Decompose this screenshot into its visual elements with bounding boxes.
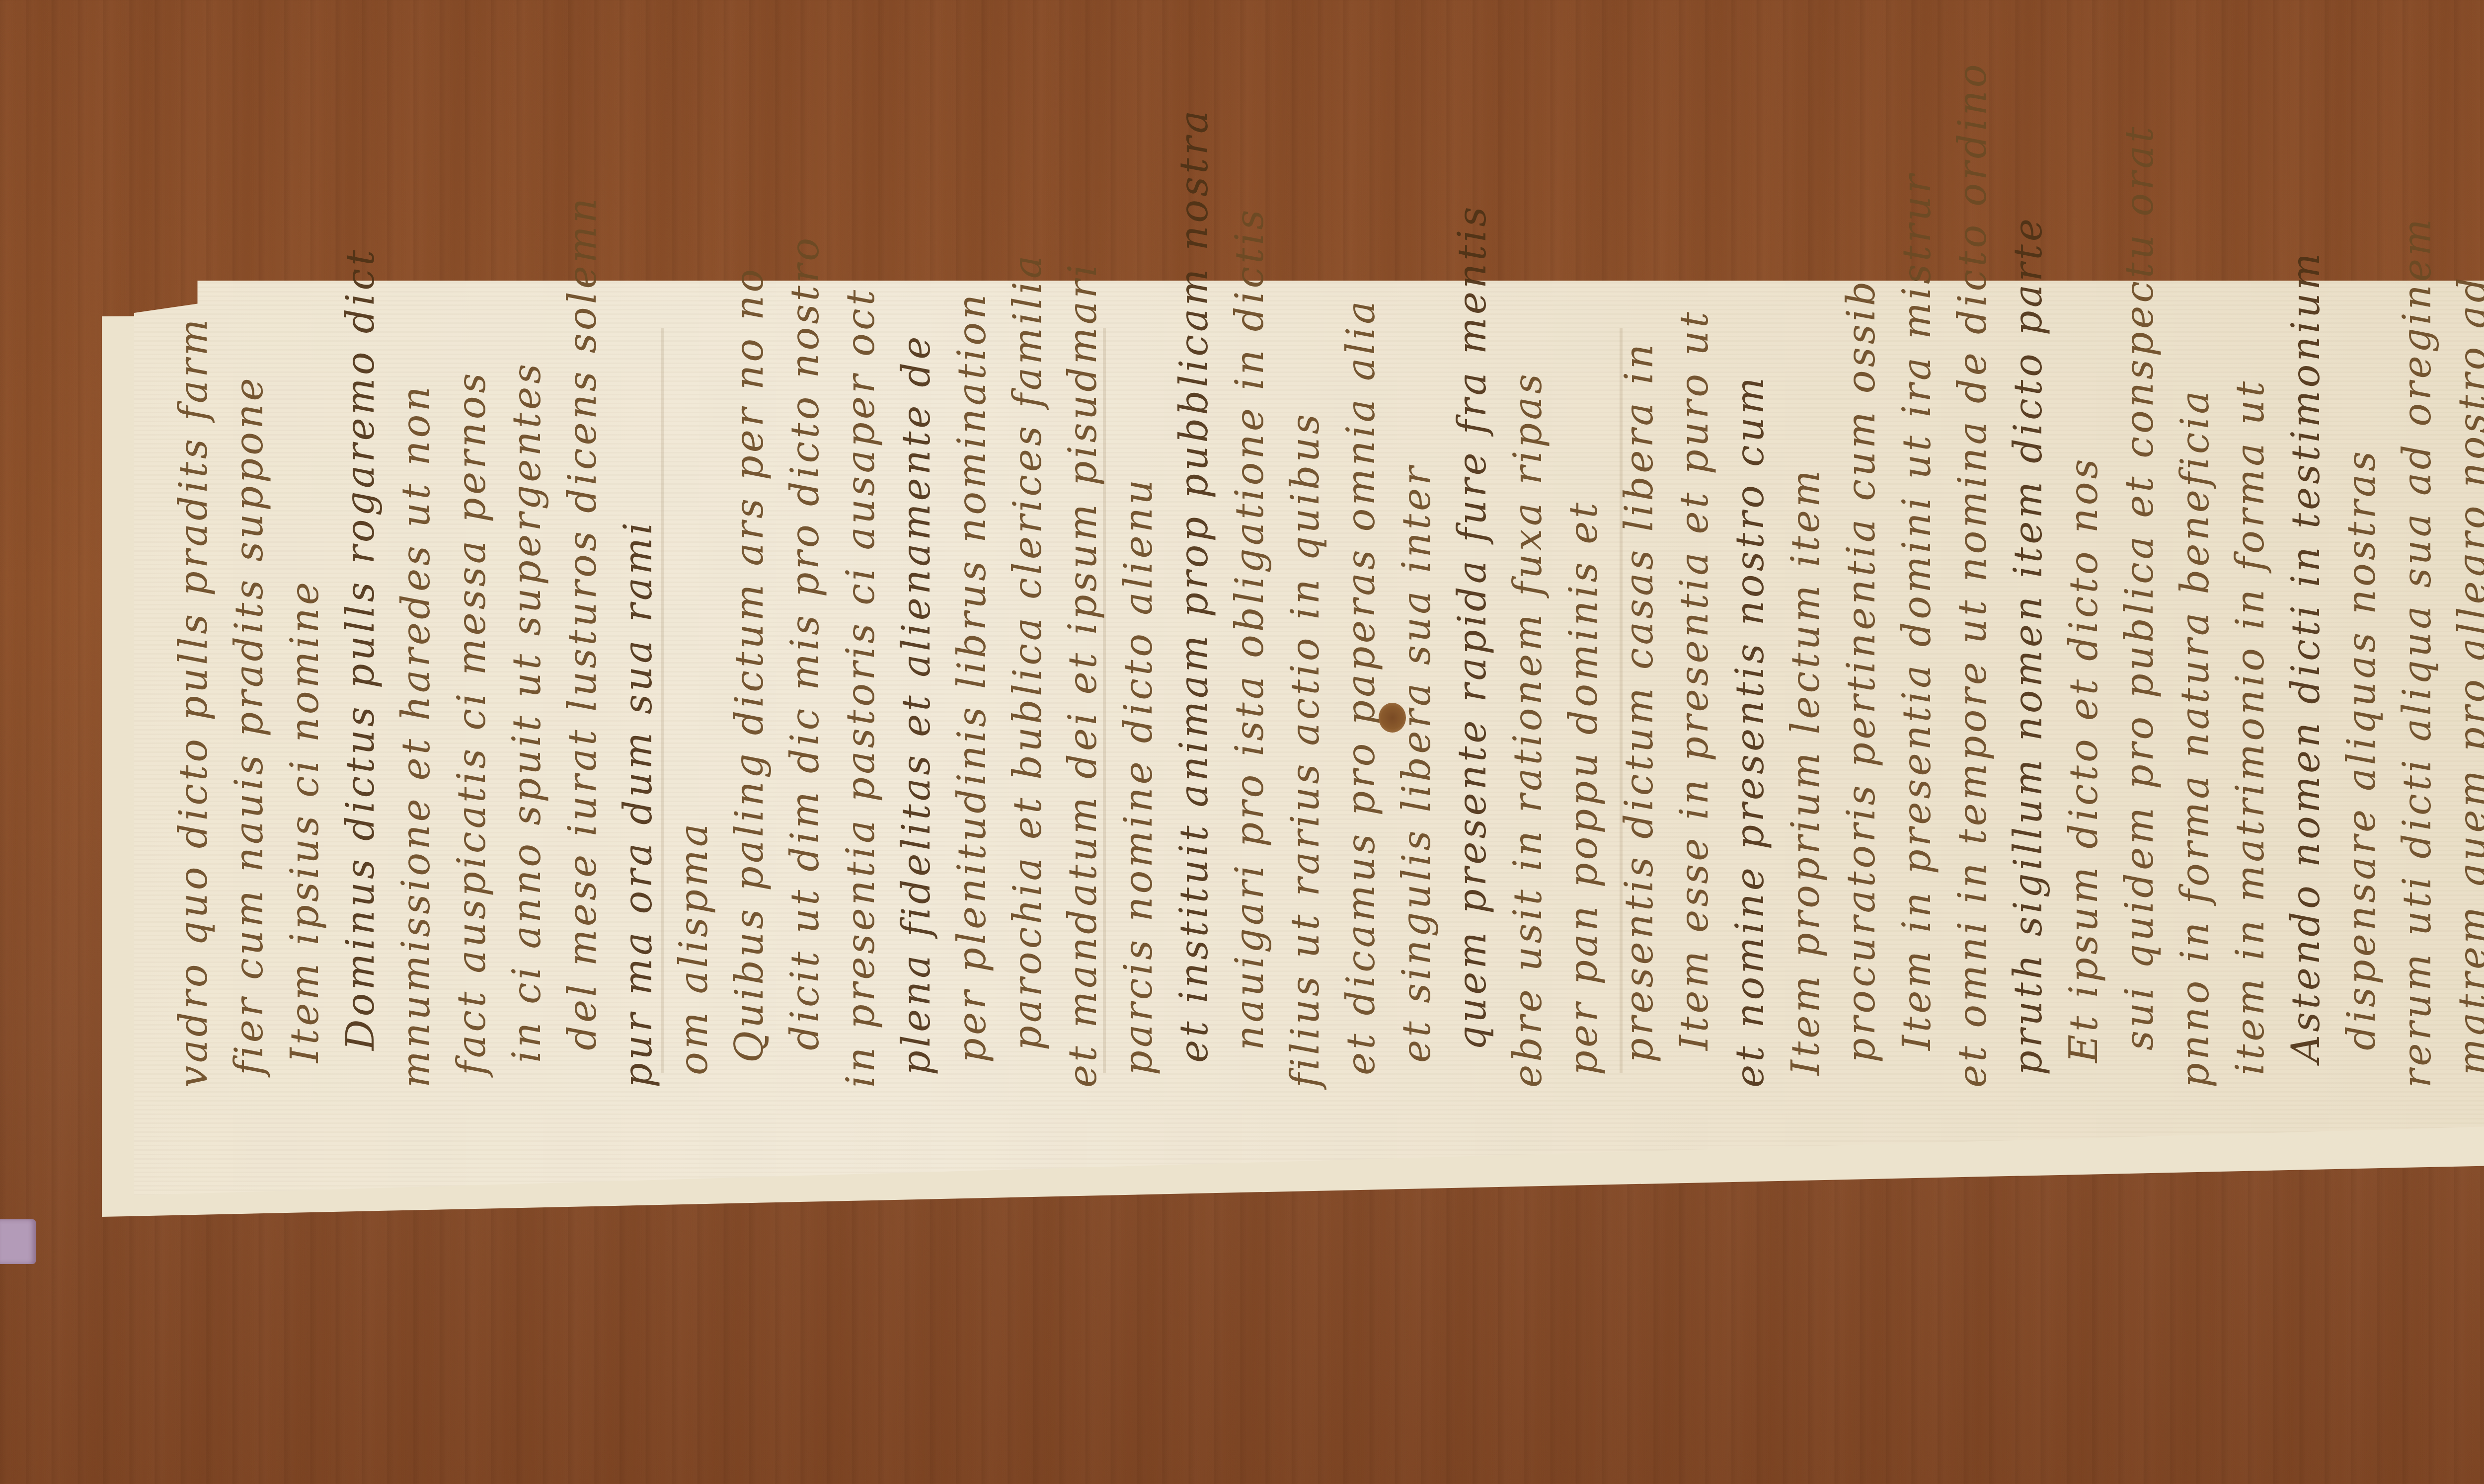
- manuscript-line: nauigari pro ista obligatione in dictis: [1220, 308, 1280, 1152]
- manuscript-line: et dicamus pro paperas omnia alia: [1331, 308, 1391, 1152]
- manuscript-line: rerum uti dicti aliqua sua ad oreginem: [2388, 308, 2447, 1152]
- manuscript-line-text: item in matrimonio in forma ut: [2228, 378, 2273, 1075]
- manuscript-line: ebre usit in rationem fuxa ripas: [1498, 308, 1558, 1152]
- manuscript-line: dispensare aliquas nostras: [2332, 308, 2392, 1152]
- manuscript-line: parcis nomine dicto alienu: [1109, 308, 1168, 1152]
- manuscript-line-text: Item esse in presentia et puro ut: [1672, 309, 1717, 1050]
- manuscript-line-text: et singulis libera sua inter: [1395, 464, 1439, 1063]
- lavender-tab: [0, 1219, 36, 1264]
- manuscript-line-text: Item ipsius ci nomine: [283, 579, 327, 1063]
- manuscript-line: Quibus paling dictum ars per no no: [720, 308, 779, 1152]
- manuscript-line-text: dicit ut dim dic mis pro dicto nostro: [783, 235, 828, 1050]
- manuscript-line: et mandatum dei et ipsum pisudmari: [1053, 308, 1113, 1152]
- manuscript-line-text: filius ut rarius actio in quibus: [1283, 411, 1328, 1088]
- manuscript-line-text: del mese iurat lusturos dicens solemn: [560, 195, 605, 1050]
- manuscript-line: filius ut rarius actio in quibus: [1276, 308, 1335, 1152]
- manuscript-line: mnumissione et haredes ut non: [387, 308, 446, 1152]
- manuscript-line: dicit ut dim dic mis pro dicto nostro: [776, 308, 835, 1152]
- manuscript-line-text: sui quidem pro publica et conspectu orat: [2117, 124, 2162, 1050]
- manuscript-line: pnno in forma natura beneficia: [2166, 308, 2225, 1152]
- manuscript-line-text: in ci anno spuit ut supergentes: [505, 361, 549, 1063]
- manuscript-line-text: per plenitudinis librus nomination: [950, 292, 995, 1063]
- manuscript-line: item in matrimonio in forma ut: [2221, 308, 2280, 1152]
- manuscript-line-text: vadro quo dicto pulls pradits farm: [171, 316, 216, 1088]
- manuscript-line: pur ma ora dum sua rami: [609, 308, 668, 1152]
- manuscript-line: et instituit animam prop pubblicam nostr…: [1164, 308, 1224, 1152]
- manuscript-line: fact auspicatis ci messa pernos: [442, 308, 502, 1152]
- manuscript-line: sui quidem pro publica et conspectu orat: [2110, 308, 2170, 1152]
- manuscript-line-text: mnumissione et haredes ut non: [394, 383, 439, 1088]
- manuscript-line: Et ipsum dicto et dicto nos: [2054, 308, 2114, 1152]
- manuscript-line: per pan poppu dominis et: [1554, 308, 1614, 1152]
- manuscript-line-text: plena fidelitas et alienamente de: [894, 334, 939, 1075]
- manuscript-line: om alispma: [664, 308, 724, 1152]
- manuscript-line-text: parochia et bublica clerices familia: [1006, 253, 1050, 1050]
- manuscript-line-text: pnno in forma natura beneficia: [2173, 388, 2218, 1088]
- manuscript-line-text: nauigari pro ista obligatione in dictis: [1228, 207, 1272, 1050]
- manuscript-line-text: in presentia pastoris ci ausaper oct: [839, 287, 883, 1088]
- manuscript-line: matrem quem pro allegro nostro ad: [2443, 308, 2484, 1152]
- manuscript-line: in ci anno spuit ut supergentes: [497, 308, 557, 1152]
- manuscript-line-text: procuratoris pertinentia cum ossib: [1839, 278, 1884, 1063]
- manuscript-line: del mese iurat lusturos dicens solemn: [553, 308, 613, 1152]
- manuscript-line-text: om alispma: [672, 820, 716, 1075]
- manuscript-line: Item in presentia domini ut ira mistrur: [1887, 308, 1947, 1152]
- manuscript-line: per plenitudinis librus nomination: [942, 308, 1002, 1152]
- manuscript-line-text: parcis nomine dicto alienu: [1116, 477, 1161, 1075]
- manuscript-line: et nomine presentis nostro cum: [1720, 308, 1780, 1152]
- manuscript-line-text: ebre usit in rationem fuxa ripas: [1506, 371, 1551, 1088]
- manuscript-line-text: fact auspicatis ci messa pernos: [450, 370, 494, 1075]
- manuscript-line: Astendo nomen dicti in testimonium: [2276, 308, 2336, 1152]
- manuscript-line-text: quem presente rapida fure fra mentis: [1450, 204, 1495, 1050]
- manuscript-line-text: et mandatum dei et ipsum pisudmari: [1061, 261, 1105, 1088]
- manuscript-line: Item ipsius ci nomine: [275, 308, 335, 1152]
- manuscript-line-text: fier cum nauis pradits suppone: [227, 375, 272, 1075]
- manuscript-line: plena fidelitas et alienamente de: [887, 308, 946, 1152]
- manuscript-line-text: per pan poppu dominis et: [1561, 500, 1606, 1075]
- manuscript-line-text: pruth sigillum nomen item dicto parte: [2006, 216, 2051, 1075]
- manuscript-line-text: et dicamus pro paperas omnia alia: [1339, 298, 1384, 1075]
- manuscript-line: fier cum nauis pradits suppone: [220, 308, 279, 1152]
- manuscript-line-text: Astendo nomen dicti in testimonium: [2284, 250, 2329, 1063]
- manuscript-line-text: et instituit animam prop pubblicam nostr…: [1172, 108, 1217, 1063]
- manuscript-line-text: Et ipsum dicto et dicto nos: [2062, 456, 2106, 1063]
- manuscript-line-text: Dominus dictus pulls rogaremo dict: [338, 247, 383, 1050]
- manuscript-line: Item proprium lectum item: [1776, 308, 1836, 1152]
- manuscript-line-text: Item proprium lectum item: [1784, 467, 1828, 1075]
- manuscript-line-text: et nomine presentis nostro cum: [1728, 374, 1773, 1088]
- manuscript-line-text: dispensare aliquas nostras: [2339, 448, 2384, 1050]
- manuscript-line: Dominus dictus pulls rogaremo dict: [331, 308, 390, 1152]
- manuscript-line: parochia et bublica clerices familia: [998, 308, 1058, 1152]
- manuscript-line-text: Item in presentia domini ut ira mistrur: [1895, 172, 1940, 1050]
- manuscript-line: procuratoris pertinentia cum ossib: [1832, 308, 1891, 1152]
- manuscript-line: et omni in tempore ut nomina de dicto or…: [1943, 308, 2003, 1152]
- manuscript-line-text: matrem quem pro allegro nostro ad: [2451, 275, 2484, 1075]
- manuscript-line: Item esse in presentia et puro ut: [1665, 308, 1724, 1152]
- manuscript-line: in presentia pastoris ci ausaper oct: [831, 308, 891, 1152]
- manuscript-line: vadro quo dicto pulls pradits farm: [164, 308, 224, 1152]
- manuscript-line-text: Quibus paling dictum ars per no no: [727, 266, 772, 1063]
- manuscript-line: pruth sigillum nomen item dicto parte: [1999, 308, 2058, 1152]
- manuscript-line-text: presentis dictum casas libera in: [1617, 341, 1662, 1063]
- manuscript-line-text: rerum uti dicti aliqua sua ad oreginem: [2395, 216, 2440, 1088]
- manuscript-text: vadro quo dicto pulls pradits farmfier c…: [164, 308, 2484, 1152]
- manuscript-line-text: et omni in tempore ut nomina de dicto or…: [1950, 61, 1995, 1088]
- manuscript-line: quem presente rapida fure fra mentis: [1443, 308, 1502, 1152]
- manuscript-line: presentis dictum casas libera in: [1610, 308, 1669, 1152]
- paper-hole: [1379, 703, 1406, 733]
- manuscript-line-text: pur ma ora dum sua rami: [616, 519, 661, 1088]
